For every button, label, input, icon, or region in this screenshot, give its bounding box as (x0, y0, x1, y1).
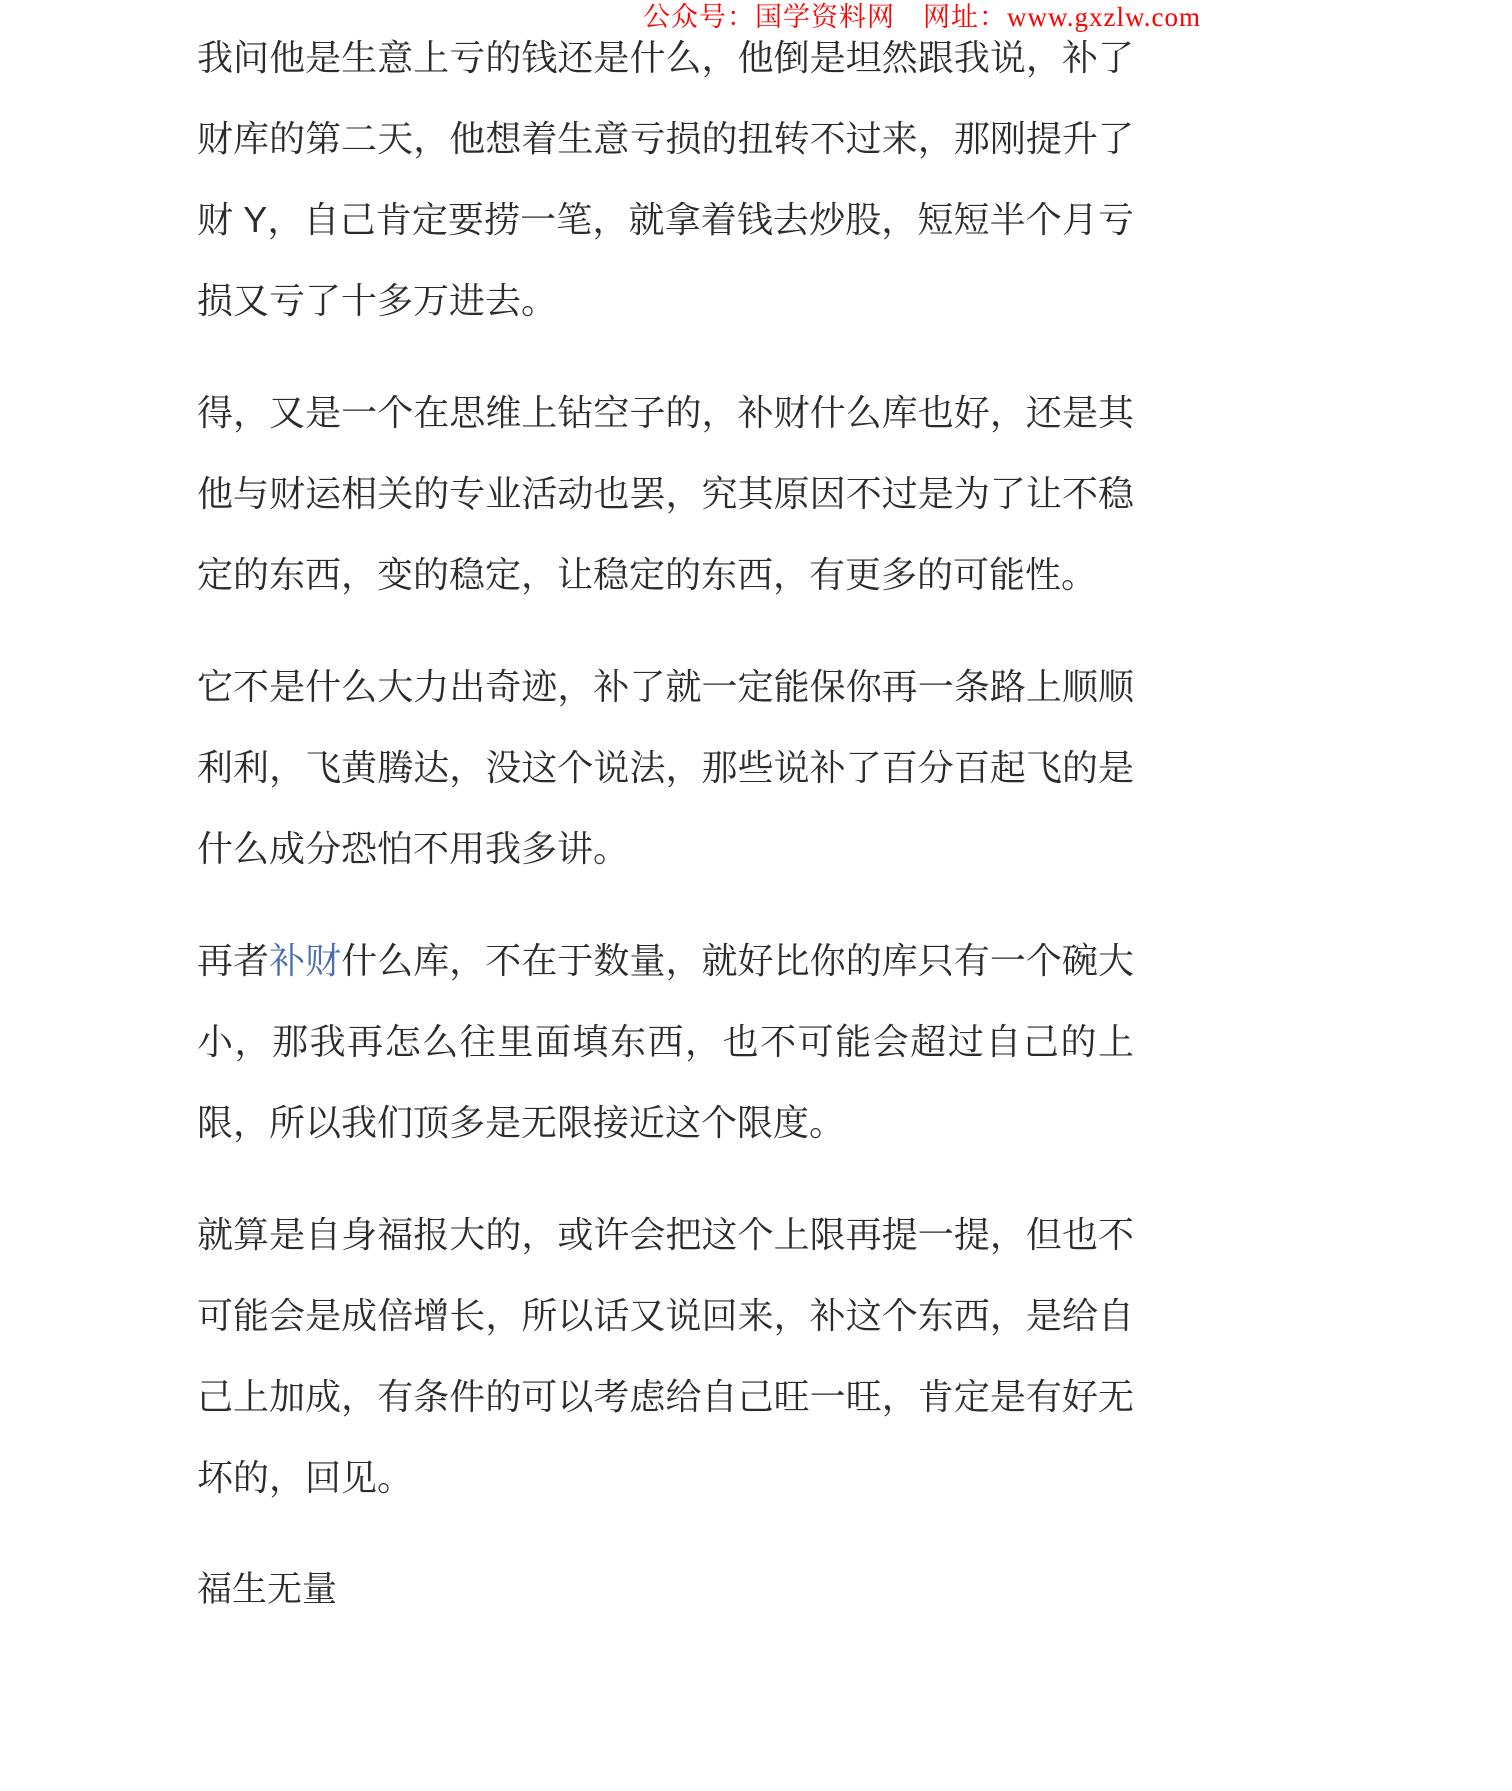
paragraph-1: 我问他是生意上亏的钱还是什么，他倒是坦然跟我说，补了财库的第二天，他想着生意亏损… (197, 17, 1134, 341)
bucai-inline-link[interactable]: 补财 (269, 940, 341, 981)
paragraph-3: 它不是什么大力出奇迹，补了就一定能保你再一条路上顺顺利利，飞黄腾达，没这个说法，… (197, 646, 1134, 889)
paragraph-4: 再者补财什么库，不在于数量，就好比你的库只有一个碗大小，那我再怎么往里面填东西，… (197, 920, 1134, 1163)
paragraph-5: 就算是自身福报大的，或许会把这个上限再提一提，但也不可能会是成倍增长，所以话又说… (197, 1194, 1134, 1518)
paragraph-4-text-before-link: 再者 (197, 940, 269, 981)
paragraph-2: 得，又是一个在思维上钻空子的，补财什么库也好，还是其他与财运相关的专业活动也罢，… (197, 372, 1134, 615)
document-page: 公众号：国学资料网 网址：www.gxzlw.com 我问他是生意上亏的钱还是什… (0, 0, 1512, 1791)
closing-line: 福生无量 (197, 1549, 1134, 1630)
article-body: 我问他是生意上亏的钱还是什么，他倒是坦然跟我说，补了财库的第二天，他想着生意亏损… (197, 0, 1134, 1630)
